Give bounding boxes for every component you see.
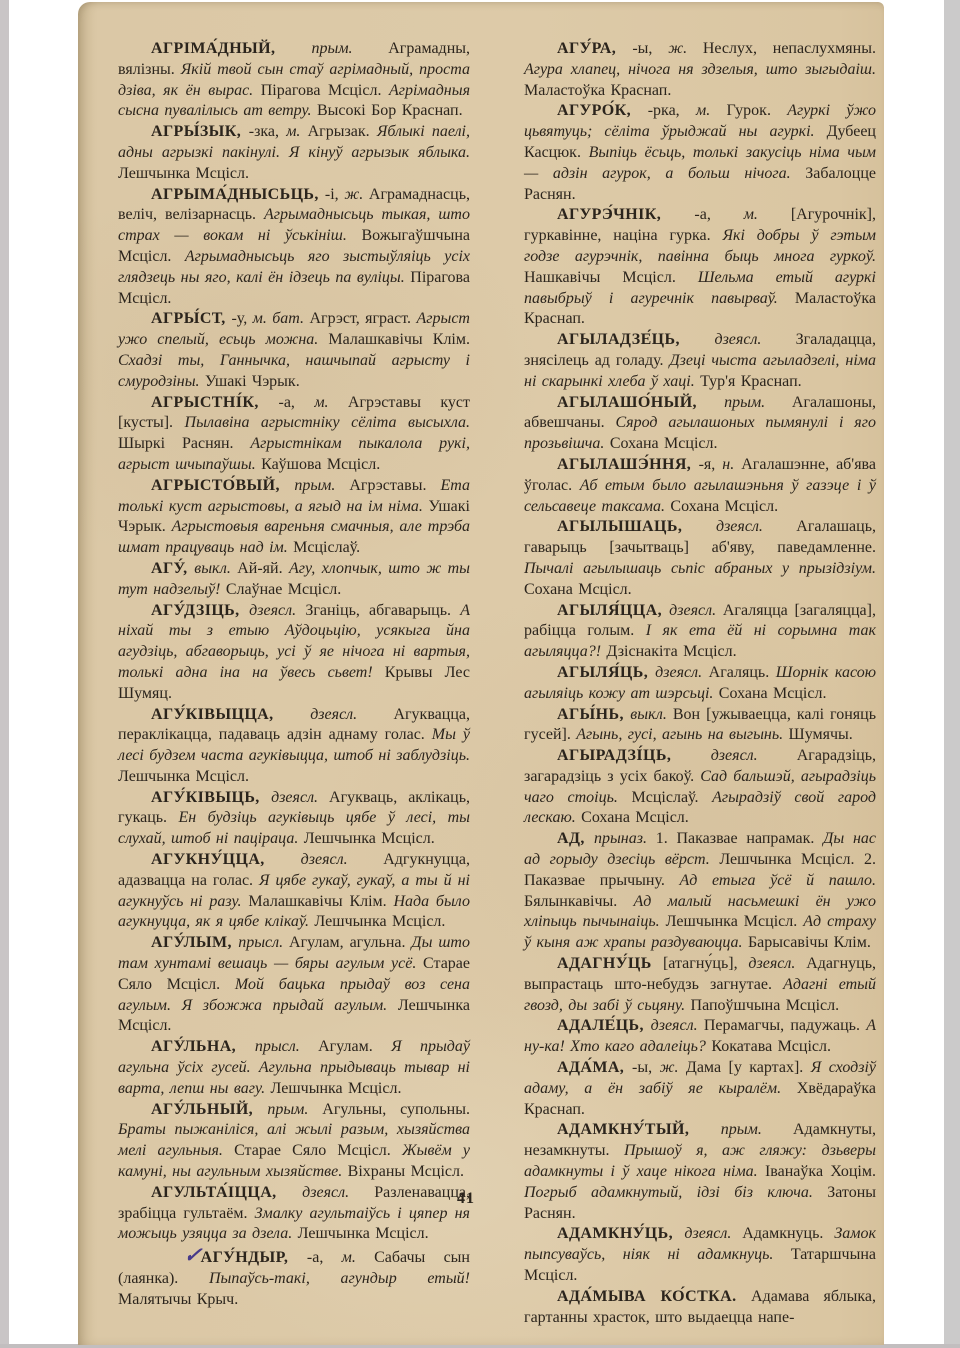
entry-roman-text: Перамагчы, падужаць. (704, 1017, 866, 1034)
entry-roman-text: Сохана Мсцісл. (581, 809, 689, 826)
dictionary-entry: АГУРО́К, -рка, м. Гурок. Агуркі ўжо цьвя… (524, 101, 876, 205)
entry-roman-text: Барысавічы Клім. (748, 934, 871, 951)
dictionary-entry: АГЫЛЯ́ЦЦА, дзеясл. Агаляцца [загаляцца],… (524, 601, 876, 663)
entry-roman-text: Слаўнае Мсцісл. (226, 581, 341, 598)
dictionary-entry: АГУ́ЛЫМ, прысл. Агулам, агульна. Ды што … (118, 933, 470, 1037)
entry-roman-text: Шумячы. (789, 726, 853, 743)
entry-roman-text: Шыркі Раснян. (118, 435, 250, 452)
headword: АДА́МЫВА КО́СТКА. (557, 1288, 751, 1305)
headword: АДАЛЕ́ЦЬ, (557, 1017, 651, 1034)
entry-roman-text: Іванаўка Хоцім. (765, 1163, 876, 1180)
entry-roman-text: Агулам, агульна. (289, 934, 411, 951)
entry-italic-text: дзеясл. (716, 518, 796, 535)
dictionary-entry: АГЫРАДЗІ́ЦЬ, дзеясл. Агарадзіць, загарад… (524, 746, 876, 829)
entry-roman-text: Малашкавічы Клім. (248, 893, 393, 910)
entry-roman-text: Старае Сяло Мсцісл. (234, 1142, 402, 1159)
entry-italic-text: прысл. (238, 934, 289, 951)
dictionary-entry: АДА́МЫВА КО́СТКА. Адамава яблыка, гартан… (524, 1287, 876, 1329)
dictionary-entry: АГУЛЬТА́ІЦЦА, дзеясл. Разленавацца, зраб… (118, 1183, 470, 1245)
entry-roman-text: Лешчынка Мсцісл. (314, 913, 445, 930)
dictionary-entry: АГЫ́НЬ, выкл. Вон [ужываецца, калі гоняц… (524, 705, 876, 747)
entry-roman-text: Тур'я Краснап. (700, 373, 802, 390)
entry-italic-text: м. (314, 394, 348, 411)
entry-roman-text: -ы, (632, 1059, 660, 1076)
dictionary-entry: ✓АГУ́НДЫР, -а, м. Сабачы сын (лаянка). П… (118, 1245, 470, 1310)
entry-italic-text: дзеясл. (651, 1017, 704, 1034)
dictionary-entry: АГУ́КІВЫЦЦА, дзеясл. Агуквацца, пераклік… (118, 705, 470, 788)
entry-italic-text: Ад етыга ўсё й пашло. (680, 872, 877, 889)
entry-roman-text: Сохана Мсцісл. (719, 685, 827, 702)
headword: АГРЫСТО́ВЫЙ, (151, 477, 294, 494)
entry-roman-text: Лешчынка Мсцісл. (666, 913, 804, 930)
headword: АДАГНУ́ЦЬ (557, 955, 663, 972)
entry-roman-text: Бялынкавічы. (524, 893, 633, 910)
headword: АДАМКНУ́ТЫЙ, (557, 1121, 721, 1138)
headword: АГУ́НДЫР, (201, 1249, 307, 1266)
page-number: 41 (446, 1190, 486, 1208)
entry-roman-text: Неслух, непаслухмяны. (703, 40, 876, 57)
entry-italic-text: м. (696, 102, 727, 119)
entry-roman-text: Дама [у картах]. (686, 1059, 811, 1076)
headword: АГРЫ́СТ, (151, 310, 231, 327)
dictionary-entry: АД, прыназ. 1. Паказвае напрамак. Ды нас… (524, 829, 876, 954)
entry-roman-text: Зганіць, абгаварыць. (305, 602, 460, 619)
entry-roman-text: Кокатава Мсцісл. (711, 1038, 831, 1055)
entry-roman-text: 1. Паказвае напрамак. (656, 830, 823, 847)
entry-italic-text: дзеясл. (669, 602, 723, 619)
dictionary-entry: АДАМКНУ́ТЫЙ, прым. Адамкнуты, незамкнуты… (524, 1120, 876, 1224)
headword: АГРІМА́ДНЫЙ, (151, 40, 311, 57)
headword: АГРЫ́ЗЫК, (151, 123, 249, 140)
entry-roman-text: Агульны, супольны. (322, 1101, 470, 1118)
dictionary-entry: АГРЫ́СТ, -у, м. бат. Агрэст, яграст. Агр… (118, 309, 470, 392)
entry-roman-text: Пірагова Мсцісл. (261, 82, 389, 99)
entry-italic-text: дзеясл. (714, 331, 795, 348)
dictionary-entry: АГУ́КІВЫЦЬ, дзеясл. Агукваць, аклікаць, … (118, 788, 470, 850)
dictionary-entry: АГУ́, выкл. Ай-яй. Агу, хлопчык, што ж т… (118, 559, 470, 601)
entry-roman-text: -у, (231, 310, 252, 327)
dictionary-column-left: АГРІМА́ДНЫЙ, прым. Аграмадны, вялізны. Я… (118, 39, 470, 1311)
entry-roman-text: Каўшова Мсцісл. (261, 456, 380, 473)
entry-roman-text: Сохана Мсцісл. (524, 581, 632, 598)
dictionary-entry: АГЫЛАШЭ́ННЯ, -я, н. Агалашэнне, аб'ява ў… (524, 455, 876, 517)
entry-italic-text: ж. (668, 40, 703, 57)
entry-roman-text: -зка, (249, 123, 286, 140)
dictionary-entry: АГЫЛАДЗЕ́ЦЬ, дзеясл. Згаладацца, знясіле… (524, 330, 876, 392)
entry-roman-text: Адамкнуць. (742, 1225, 834, 1242)
dictionary-entry: АГРЫСТО́ВЫЙ, прым. Агрэставы. Ета толькі… (118, 476, 470, 559)
entry-italic-text: м. бат. (253, 310, 310, 327)
entry-roman-text: Нашкавічы Мсцісл. (524, 269, 698, 286)
entry-roman-text: Агаляць. (709, 664, 776, 681)
entry-italic-text: Пылавіна агрыстніку сёліта высыхла. (185, 414, 470, 431)
headword: АГЫЛАШО́НЫЙ, (557, 394, 724, 411)
entry-italic-text: дзеясл. (249, 602, 305, 619)
entry-italic-text: Агура хлапец, нічога ня здзелыя, што зыг… (524, 61, 876, 78)
entry-roman-text: Лешчынка Мсцісл. (118, 768, 249, 785)
entry-roman-text: Агрэст, яграст. (309, 310, 416, 327)
entry-italic-text: дзеясл. (684, 1225, 742, 1242)
entry-roman-text: Высокі Бор Краснап. (317, 102, 463, 119)
entry-roman-text: Віхраны Мсцісл. (348, 1163, 464, 1180)
dictionary-entry: АГРІМА́ДНЫЙ, прым. Аграмадны, вялізны. Я… (118, 39, 470, 122)
dictionary-entry: АГУ́РА, -ы, ж. Неслух, непаслухмяны. Агу… (524, 39, 876, 101)
headword: АГУ́ЛЬНЫЙ, (151, 1101, 267, 1118)
headword: АГЫЛАШЭ́ННЯ, (557, 456, 699, 473)
entry-italic-text: Погрыб адамкнутый, ідзі біз ключа. (524, 1184, 827, 1201)
headword: АГУКНУ́ЦЦА, (151, 851, 301, 868)
entry-roman-text: Сохана Мсцісл. (610, 435, 718, 452)
entry-roman-text: Агрэставы. (349, 477, 440, 494)
entry-roman-text: Гурок. (727, 102, 788, 119)
dictionary-entry: АГУКНУ́ЦЦА, дзеясл. Адгукнуцца, адазвацц… (118, 850, 470, 933)
headword: АД, (557, 830, 594, 847)
entry-roman-text: Папоўшчына Мсцісл. (691, 997, 840, 1014)
entry-roman-text: [атагну́ць], (663, 955, 748, 972)
entry-roman-text: Сохана Мсцісл. (670, 498, 778, 515)
entry-roman-text: Агрызак. (308, 123, 377, 140)
scanner-edge-right (944, 0, 960, 1348)
entry-roman-text: Лешчынка Мсцісл. (270, 1080, 401, 1097)
headword: АГРЫМА́ДНЫСЬЦЬ, (151, 186, 325, 203)
entry-italic-text: прысл. (255, 1038, 318, 1055)
headword: АДАМКНУ́ЦЬ, (557, 1225, 684, 1242)
entry-italic-text: м. (744, 206, 791, 223)
headword: АГЫ́НЬ, (557, 706, 630, 723)
entry-italic-text: прым. (724, 394, 792, 411)
entry-roman-text: Мсціслаў. (293, 539, 360, 556)
entry-roman-text: -і, (325, 186, 344, 203)
entry-italic-text: прым. (294, 477, 349, 494)
headword: АГУРО́К, (557, 102, 648, 119)
entry-italic-text: ж. (660, 1059, 686, 1076)
dictionary-entry: АГЫЛЯ́ЦЬ, дзеясл. Агаляць. Шорнік касою … (524, 663, 876, 705)
entry-italic-text: дзеясл. (302, 1184, 374, 1201)
headword: АГУ́ЛЫМ, (151, 934, 238, 951)
headword: АГЫЛАДЗЕ́ЦЬ, (557, 331, 714, 348)
dictionary-entry: АГУ́ДЗІЦЬ, дзеясл. Зганіць, абгаварыць. … (118, 601, 470, 705)
headword: АГУ́КІВЫЦЬ, (151, 789, 271, 806)
entry-italic-text: прым. (721, 1121, 793, 1138)
entry-italic-text: м. (342, 1249, 375, 1266)
entry-roman-text: Маластоўка Краснап. (524, 82, 671, 99)
headword: АГЫЛЫШАЦЬ, (557, 518, 716, 535)
entry-italic-text: прым. (267, 1101, 322, 1118)
headword: АГРЫСТНІ́К, (151, 394, 279, 411)
dictionary-entry: АДАЛЕ́ЦЬ, дзеясл. Перамагчы, падужаць. А… (524, 1016, 876, 1058)
entry-italic-text: дзеясл. (655, 664, 709, 681)
headword: АГУ́РА, (557, 40, 632, 57)
dictionary-entry: АГУ́ЛЬНЫЙ, прым. Агульны, супольны. Брат… (118, 1100, 470, 1183)
headword: АГУ́ЛЬНА, (151, 1038, 255, 1055)
scanned-dictionary-page: АГРІМА́ДНЫЙ, прым. Аграмадны, вялізны. Я… (78, 2, 884, 1345)
dictionary-entry: АГРЫМА́ДНЫСЬЦЬ, -і, ж. Аграмаднасць, вел… (118, 185, 470, 310)
headword: АГУ́ДЗІЦЬ, (151, 602, 249, 619)
entry-roman-text: -а, (694, 206, 743, 223)
entry-italic-text: Агынь, гусі, агынь на выгынь. (576, 726, 788, 743)
entry-roman-text: Агулам. (318, 1038, 391, 1055)
entry-italic-text: прым. (311, 40, 388, 57)
pen-checkmark-annotation: ✓ (150, 1245, 202, 1266)
dictionary-entry: АГУРЭ́ЧНІК, -а, м. [Агурочнік], гуркавін… (524, 205, 876, 330)
headword: АГУ́КІВЫЦЦА, (151, 706, 310, 723)
entry-italic-text: дзеясл. (271, 789, 329, 806)
entry-roman-text: Лешчынка Мсцісл. (118, 165, 249, 182)
dictionary-entry: АДАГНУ́ЦЬ [атагну́ць], дзеясл. Адагнуць,… (524, 954, 876, 1016)
headword: АГЫЛЯ́ЦЬ, (557, 664, 655, 681)
entry-italic-text: Пычалі агылышаць сьпіс абраных у прызідз… (524, 560, 876, 577)
entry-roman-text: Ушакі Чэрык. (205, 373, 300, 390)
entry-roman-text: Малашкавічы Клім. (328, 331, 470, 348)
dictionary-entry: АГРЫСТНІ́К, -а, м. Агрэставы куст [кусты… (118, 393, 470, 476)
entry-roman-text: -ы, (632, 40, 668, 57)
entry-roman-text: Малятычы Крыч. (118, 1291, 238, 1308)
dictionary-entry: АГРЫ́ЗЫК, -зка, м. Агрызак. Яблыкі паелі… (118, 122, 470, 184)
entry-italic-text: Пыпаўсь-такі, агундыр етый! (209, 1270, 470, 1287)
entry-italic-text: дзеясл. (301, 851, 384, 868)
entry-roman-text: -я, (699, 456, 723, 473)
dictionary-entry: АДАМКНУ́ЦЬ, дзеясл. Адамкнуць. Замок пып… (524, 1224, 876, 1286)
entry-roman-text: Дзіснакіта Мсцісл. (606, 643, 736, 660)
entry-italic-text: выкл. (630, 706, 673, 723)
headword: АДА́МА, (557, 1059, 632, 1076)
entry-roman-text: -рка, (648, 102, 696, 119)
headword: АГЫРАДЗІ́ЦЬ, (557, 747, 711, 764)
entry-italic-text: дзеясл. (310, 706, 393, 723)
entry-italic-text: м. (286, 123, 307, 140)
entry-roman-text: Лешчынка Мсцісл. (298, 1225, 429, 1242)
entry-italic-text: дзеясл. (748, 955, 806, 972)
headword: АГУ́, (151, 560, 194, 577)
entry-roman-text: -а, (279, 394, 315, 411)
headword: АГУРЭ́ЧНІК, (557, 206, 694, 223)
dictionary-entry: АГЫЛЫШАЦЬ, дзеясл. Агалашаць, гаварыць [… (524, 517, 876, 600)
entry-roman-text: -а, (307, 1249, 342, 1266)
entry-italic-text: дзеясл. (711, 747, 797, 764)
headword: АГЫЛЯ́ЦЦА, (557, 602, 669, 619)
entry-italic-text: прыназ. (594, 830, 656, 847)
entry-italic-text: н. (722, 456, 741, 473)
dictionary-entry: АГУ́ЛЬНА, прысл. Агулам. Я прыдаў агульн… (118, 1037, 470, 1099)
entry-roman-text: Ай-яй. (237, 560, 289, 577)
entry-roman-text: Мсціслаў. (632, 789, 713, 806)
dictionary-entry: АДА́МА, -ы, ж. Дама [у картах]. Я сходзі… (524, 1058, 876, 1120)
entry-italic-text: ж. (344, 186, 369, 203)
dictionary-column-right: АГУ́РА, -ы, ж. Неслух, непаслухмяны. Агу… (524, 39, 876, 1328)
entry-italic-text: выкл. (194, 560, 237, 577)
dictionary-entry: АГЫЛАШО́НЫЙ, прым. Агалашоны, абвешчаны.… (524, 393, 876, 455)
entry-roman-text: Лешчынка Мсцісл. (304, 830, 435, 847)
scanner-edge-left (0, 0, 9, 1348)
headword: АГУЛЬТА́ІЦЦА, (151, 1184, 302, 1201)
